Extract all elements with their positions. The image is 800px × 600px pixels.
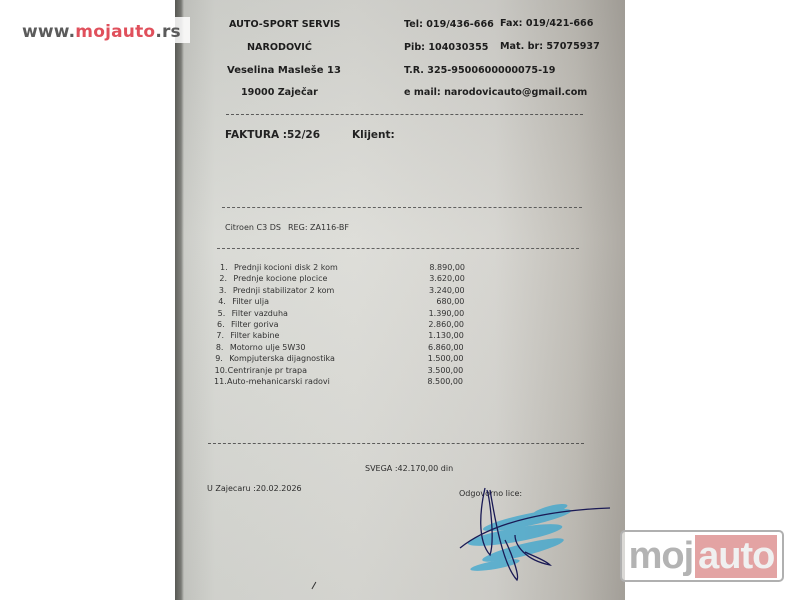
client-label: Klijent: [352,129,395,141]
line-item-price: 3.240,00 [429,286,465,295]
company-pib: Pib: 104030355 [404,42,488,53]
line-item-price: 1.130,00 [428,331,464,340]
company-email: e mail: narodovicauto@gmail.com [404,87,587,98]
line-item-name: Centriranje pr trapa [228,366,307,375]
company-city: 19000 Zaječar [241,87,318,98]
total-amount: SVEGA :42.170,00 din [365,464,453,473]
company-fax: Fax: 019/421-666 [500,18,593,29]
line-item: 5.Filter vazduha1.390,00 [218,309,478,321]
line-item-price: 6.860,00 [428,343,464,352]
reg-value: ZA116-BF [310,223,349,232]
line-item: 8.Motorno ulje 5W306.860,00 [216,343,476,355]
line-item: 7.Filter kabine1.130,00 [216,331,476,343]
line-item-price: 8.890,00 [429,263,465,272]
url-brand: mojauto [75,22,155,42]
line-item-name: Motorno ulje 5W30 [230,343,306,352]
divider [217,248,579,249]
divider [226,114,583,115]
line-item-price: 1.500,00 [428,354,464,363]
line-item: 9.Kompjuterska dijagnostika1.500,00 [215,354,475,366]
line-item: 2.Prednje kocione plocice3.620,00 [219,274,479,286]
url-suffix: .rs [155,22,181,42]
invoice-number: FAKTURA :52/26 [225,129,320,141]
line-item: 6.Filter goriva2.860,00 [217,320,477,332]
line-item: 4.Filter ulja680,00 [218,297,478,309]
signature-stamp [455,480,615,590]
divider [208,443,584,444]
line-item: 1.Prednji kocioni disk 2 kom8.890,00 [220,263,480,275]
site-url[interactable]: www.mojauto.rs [22,22,181,42]
line-item-name: Prednji stabilizator 2 kom [233,286,334,295]
vehicle-model: Citroen C3 DS [225,223,281,232]
line-item-price: 3.500,00 [428,366,464,375]
place-date: U Zajecaru :20.02.2026 [207,484,302,493]
line-item-name: Filter ulja [232,297,269,306]
line-item-price: 680,00 [436,297,464,306]
watermark-auto: auto [695,535,777,578]
line-item-name: Filter kabine [230,331,279,340]
company-address: Veselina Masleše 13 [227,65,341,76]
company-mat-br: Mat. br: 57075937 [500,41,600,52]
line-item-name: Auto-mehanicarski radovi [227,377,330,386]
mojauto-watermark: mojauto [620,530,784,582]
line-item-name: Kompjuterska dijagnostika [229,354,335,363]
reg-label: REG: [288,223,308,232]
company-tel: Tel: 019/436-666 [404,19,494,30]
company-tr: T.R. 325-9500600000075-19 [404,65,555,76]
url-prefix: www. [22,22,75,42]
line-item-price: 2.860,00 [428,320,464,329]
line-item-name: Prednji kocioni disk 2 kom [234,263,338,272]
line-item: 10.Centriranje pr trapa3.500,00 [215,366,475,378]
line-item-name: Filter vazduha [232,309,288,318]
line-item: 11.Auto-mehanicarski radovi8.500,00 [214,377,474,389]
items-list: 1.Prednji kocioni disk 2 kom8.890,002.Pr… [220,263,480,413]
divider [222,207,582,208]
line-item-name: Filter goriva [231,320,278,329]
line-item-name: Prednje kocione plocice [233,274,327,283]
line-item-price: 8.500,00 [427,377,463,386]
line-item-price: 3.620,00 [429,274,465,283]
watermark-moj: moj [627,535,696,578]
company-name: AUTO-SPORT SERVIS [229,19,340,30]
line-item-price: 1.390,00 [429,309,465,318]
company-owner: NARODOVIĆ [247,42,312,53]
line-item: 3.Prednji stabilizator 2 kom3.240,00 [219,286,479,298]
